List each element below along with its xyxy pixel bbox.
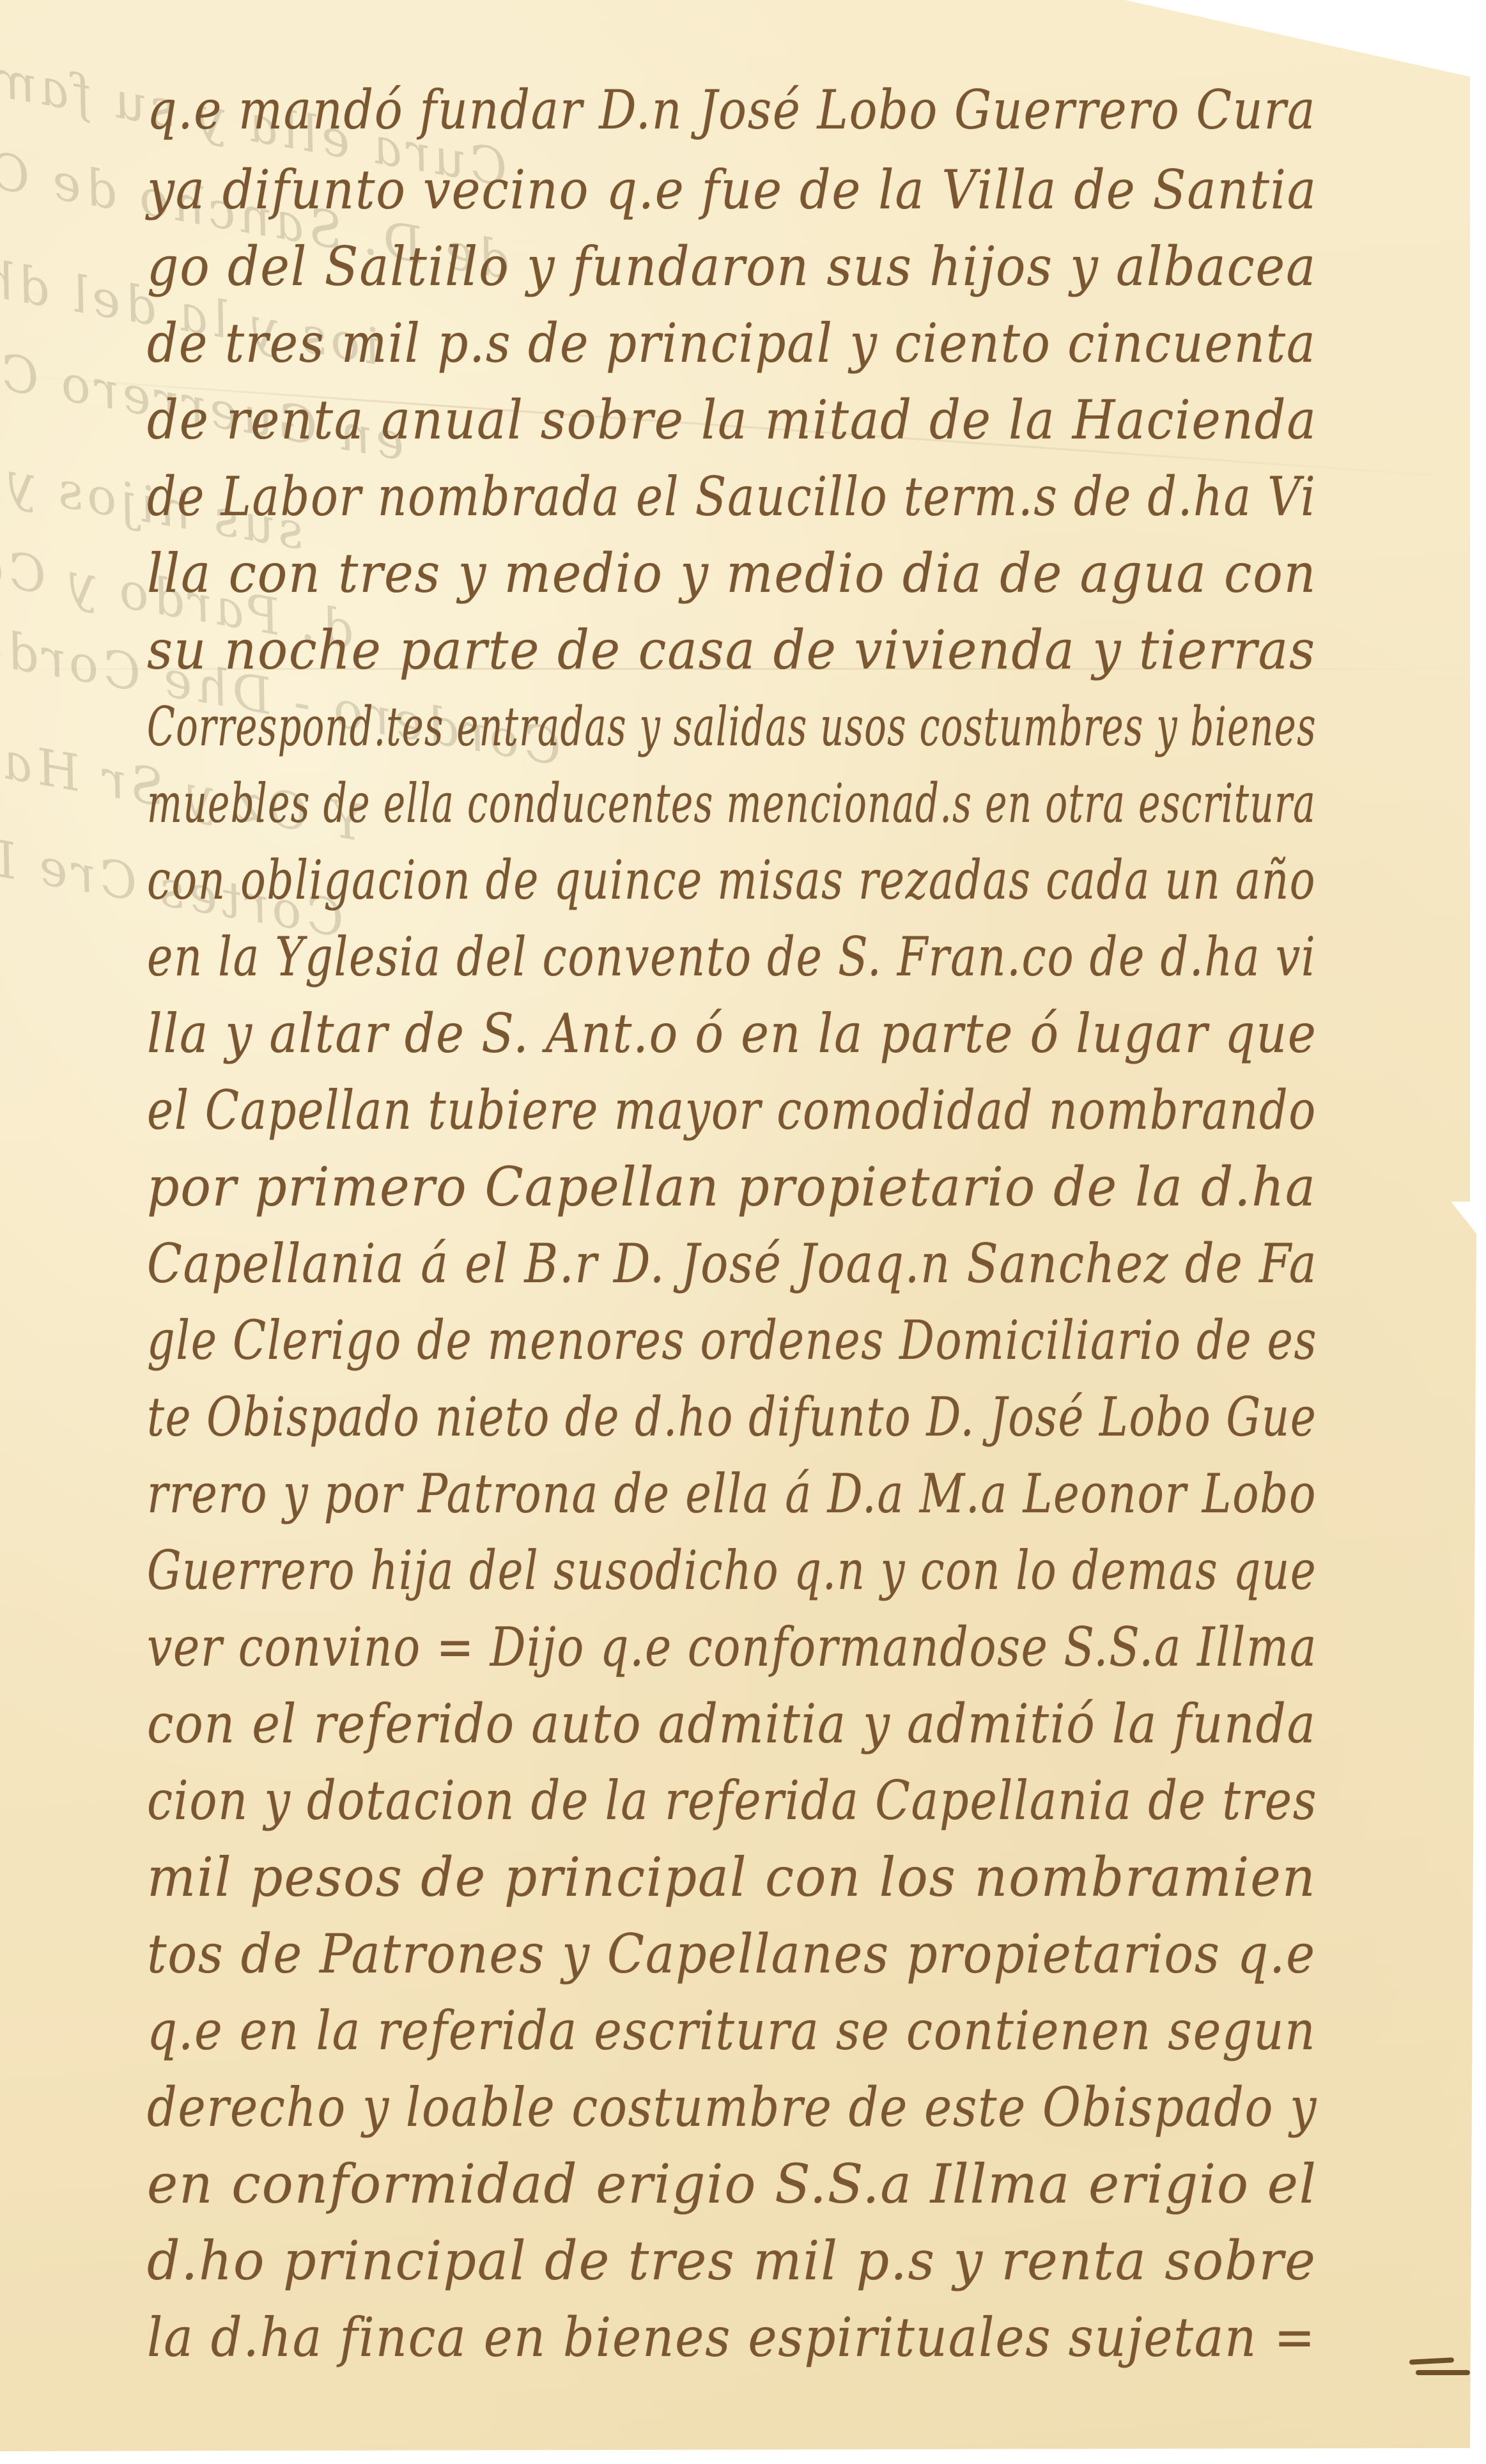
manuscript-line: con obligacion de quince misas rezadas c… bbox=[147, 853, 1316, 907]
manuscript-line: mil pesos de principal con los nombramie… bbox=[147, 1850, 1317, 1904]
manuscript-line: de tres mil p.s de principal y ciento ci… bbox=[147, 316, 1316, 370]
manuscript-line: Correspond.tes entradas y salidas usos c… bbox=[147, 700, 1317, 754]
manuscript-line: gle Clerigo de menores ordenes Domicilia… bbox=[147, 1313, 1317, 1367]
manuscript-line: en la Yglesia del convento de S. Fran.co… bbox=[147, 930, 1316, 984]
manuscript-page: Cura ella y su famill de D. Sancho de Ol… bbox=[0, 0, 1476, 2451]
manuscript-line: muebles de ella conducentes mencionad.s … bbox=[147, 777, 1316, 830]
manuscript-line: de renta anual sobre la mitad de la Haci… bbox=[147, 393, 1317, 447]
manuscript-line: cion y dotacion de la referida Capellani… bbox=[147, 1774, 1317, 1827]
manuscript-line: ya difunto vecino q.e fue de la Villa de… bbox=[147, 163, 1317, 217]
manuscript-line: de Labor nombrada el Saucillo term.s de … bbox=[147, 470, 1316, 523]
manuscript-line: la d.ha finca en bienes espirituales suj… bbox=[147, 2311, 1316, 2364]
manuscript-line: q.e mandó fundar D.n José Lobo Guerrero … bbox=[147, 83, 1316, 137]
manuscript-line: lla y altar de S. Ant.o ó en la parte ó … bbox=[147, 1007, 1317, 1060]
manuscript-line: Capellania á el B.r D. José Joaq.n Sanch… bbox=[147, 1237, 1317, 1290]
manuscript-line: Guerrero hija del susodicho q.n y con lo… bbox=[147, 1544, 1317, 1597]
manuscript-line: ver convino = Dijo q.e conformandose S.S… bbox=[147, 1620, 1317, 1674]
manuscript-line: su noche parte de casa de vivienda y tie… bbox=[147, 623, 1316, 677]
manuscript-line: por primero Capellan propietario de la d… bbox=[147, 1160, 1317, 1214]
manuscript-line: con el referido auto admitia y admitió l… bbox=[147, 1697, 1317, 1751]
manuscript-line: d.ho principal de tres mil p.s y renta s… bbox=[147, 2234, 1317, 2288]
closing-rule-mark bbox=[1409, 2357, 1454, 2365]
manuscript-line: lla con tres y medio y medio dia de agua… bbox=[147, 546, 1317, 600]
manuscript-line: go del Saltillo y fundaron sus hijos y a… bbox=[147, 240, 1317, 293]
manuscript-line: q.e en la referida escritura se contiene… bbox=[147, 2004, 1316, 2057]
closing-rule-mark bbox=[1416, 2370, 1470, 2375]
manuscript-line: en conformidad erigio S.S.a Illma erigio… bbox=[147, 2157, 1317, 2211]
manuscript-line: derecho y loable costumbre de este Obisp… bbox=[147, 2080, 1317, 2134]
manuscript-line: rrero y por Patrona de ella á D.a M.a Le… bbox=[147, 1467, 1317, 1521]
manuscript-line: el Capellan tubiere mayor comodidad nomb… bbox=[147, 1083, 1317, 1137]
manuscript-line: tos de Patrones y Capellanes propietario… bbox=[147, 1927, 1316, 1981]
manuscript-line: te Obispado nieto de d.ho difunto D. Jos… bbox=[147, 1390, 1317, 1444]
